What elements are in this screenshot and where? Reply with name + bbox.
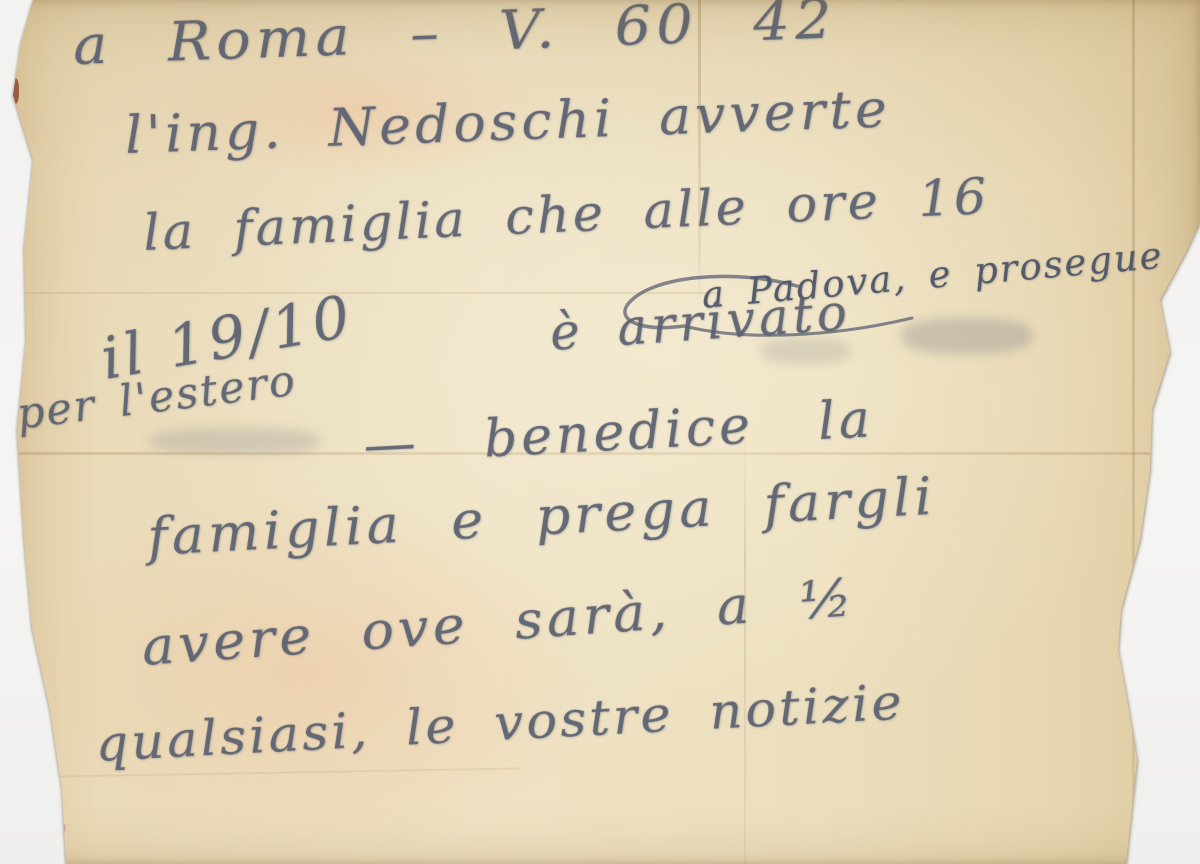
pink-stain-bottom-left	[56, 822, 66, 834]
handwritten-insertion-padova: a Padova, e prosegue	[700, 234, 1165, 317]
insertion-caret-stroke	[612, 272, 922, 367]
note-paper: a Roma – V. 60 42 l'ing. Nedoschi avvert…	[0, 0, 1200, 864]
erased-word-smudge-below-estero	[150, 428, 320, 454]
fold-crease-vertical-right	[1132, 0, 1135, 864]
handwritten-line-sender: l'ing. Nedoschi avverte	[124, 79, 892, 166]
handwritten-line-arrived: è arrivato	[548, 283, 853, 362]
handwritten-line-family-time: la famiglia che alle ore 16	[142, 167, 991, 262]
handwritten-line-date: il 19/10	[96, 282, 359, 393]
handwritten-line-news: qualsiasi, le vostre notizie	[94, 674, 906, 773]
fold-crease-horizontal-lower	[0, 767, 520, 778]
note-paper-shadow: a Roma – V. 60 42 l'ing. Nedoschi avvert…	[0, 0, 1200, 864]
handwritten-line-wherever: avere ove sarà, a ½	[140, 568, 858, 678]
fold-crease-horizontal-middle	[0, 452, 1200, 455]
erased-word-smudge-after-arrivato	[902, 318, 1032, 354]
fold-crease-vertical-bottom	[744, 430, 746, 864]
red-stain-top-left	[0, 0, 21, 36]
fold-crease-vertical-top	[698, 0, 701, 310]
pencil-smudge-under-insertion	[760, 338, 850, 364]
handwritten-line-family-pray: famiglia e prega fargli	[146, 467, 937, 568]
scanner-background: a Roma – V. 60 42 l'ing. Nedoschi avvert…	[0, 0, 1200, 864]
fold-crease-horizontal-upper	[0, 292, 720, 294]
handwritten-line-blessing: — benedice la	[362, 389, 875, 476]
handwritten-line-abroad: per l'estero	[14, 356, 299, 440]
handwritten-line-address: a Roma – V. 60 42	[72, 0, 838, 77]
red-stain-left-edge	[10, 78, 19, 104]
